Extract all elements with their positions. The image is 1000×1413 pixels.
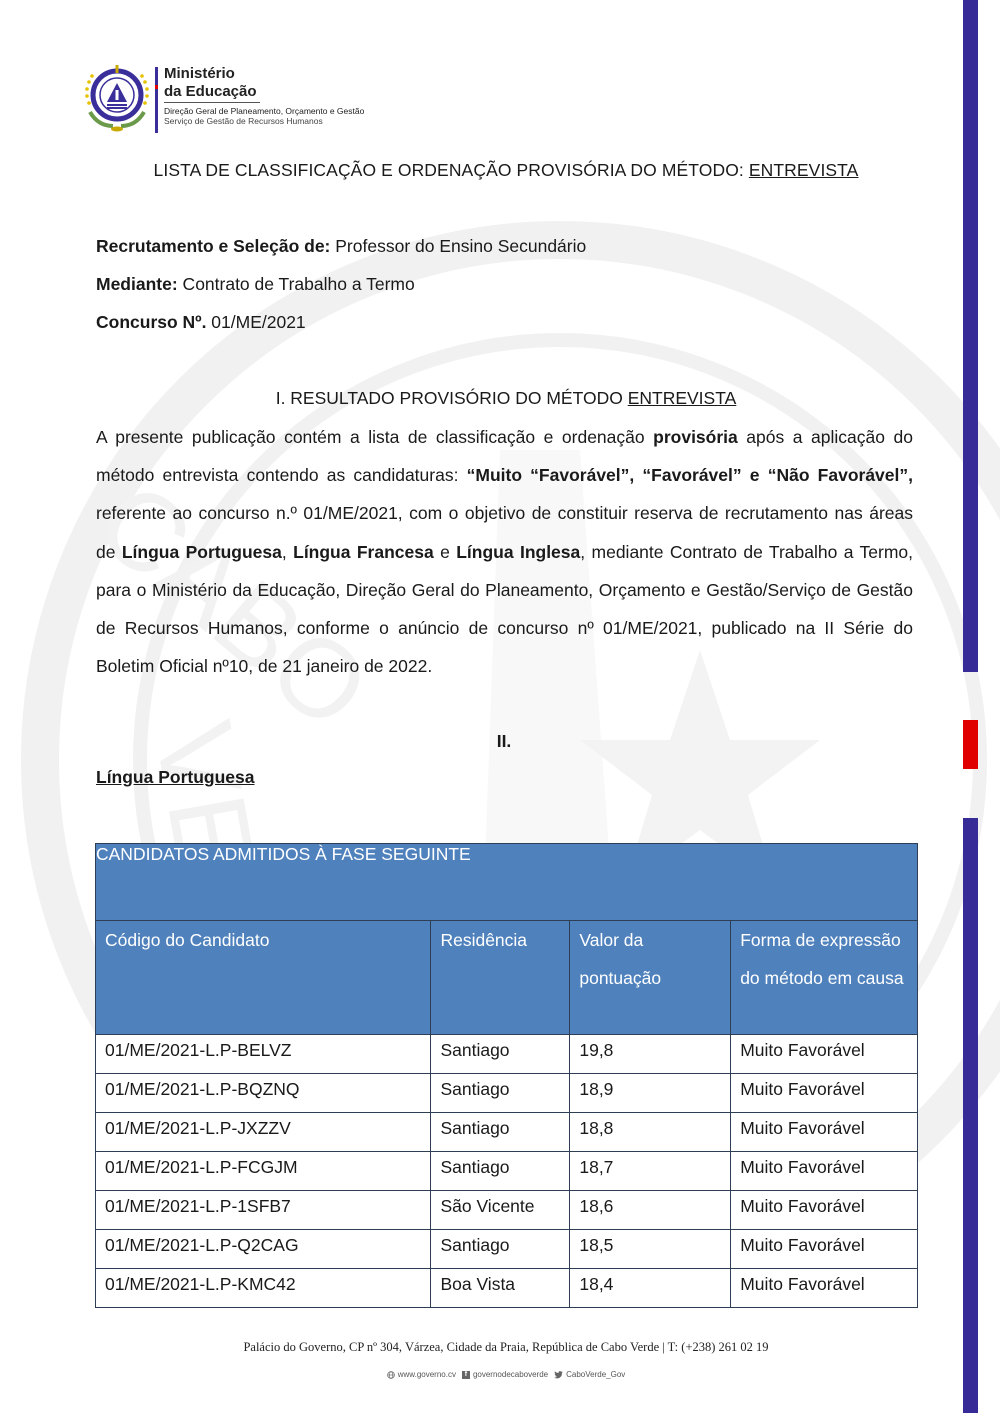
header-expression: Forma de expressão do método em causa — [731, 921, 918, 1035]
document-title: LISTA DE CLASSIFICAÇÃO E ORDENAÇÃO PROVI… — [0, 160, 1000, 181]
paragraph-bold: “Muito “Favorável”, “Favorável” e “Não F… — [467, 465, 913, 485]
document-title-method: ENTREVISTA — [749, 160, 859, 180]
cell-residence: Santiago — [431, 1230, 570, 1269]
social-website[interactable]: www.governo.cv — [387, 1370, 456, 1379]
cell-expression: Muito Favorável — [731, 1035, 918, 1074]
cell-score: 19,8 — [570, 1035, 731, 1074]
section-1-method: ENTREVISTA — [628, 388, 737, 408]
cell-expression: Muito Favorável — [731, 1230, 918, 1269]
twitter-icon — [554, 1371, 563, 1379]
cell-score: 18,9 — [570, 1074, 731, 1113]
table-row: 01/ME/2021-L.P-JXZZVSantiago18,8Muito Fa… — [96, 1113, 918, 1152]
cell-score: 18,6 — [570, 1191, 731, 1230]
table-row: 01/ME/2021-L.P-1SFB7São Vicente18,6Muito… — [96, 1191, 918, 1230]
social-twitter[interactable]: CaboVerde_Gov — [554, 1370, 625, 1379]
cell-residence: São Vicente — [431, 1191, 570, 1230]
cell-expression: Muito Favorável — [731, 1113, 918, 1152]
results-table: CANDIDATOS ADMITIDOS À FASE SEGUINTE Cód… — [95, 843, 918, 1308]
cell-expression: Muito Favorável — [731, 1269, 918, 1308]
paragraph-bold: Língua Inglesa — [456, 542, 580, 562]
table-row: 01/ME/2021-L.P-BELVZSantiago19,8Muito Fa… — [96, 1035, 918, 1074]
table-row: 01/ME/2021-L.P-Q2CAGSantiago18,5Muito Fa… — [96, 1230, 918, 1269]
logo-divider — [155, 67, 158, 133]
cell-residence: Santiago — [431, 1035, 570, 1074]
cell-score: 18,8 — [570, 1113, 731, 1152]
cell-candidate-code: 01/ME/2021-L.P-BELVZ — [96, 1035, 431, 1074]
section-1-prefix: I. RESULTADO PROVISÓRIO DO MÉTODO — [276, 388, 628, 408]
table-row: 01/ME/2021-L.P-FCGJMSantiago18,7Muito Fa… — [96, 1152, 918, 1191]
meta-value: Contrato de Trabalho a Termo — [178, 274, 415, 294]
cell-residence: Boa Vista — [431, 1269, 570, 1308]
meta-contest-number: Concurso Nº. 01/ME/2021 — [96, 312, 306, 333]
paragraph-bold: Língua Portuguesa — [122, 542, 282, 562]
cell-residence: Santiago — [431, 1152, 570, 1191]
ministry-logo: Ministério da Educação Direção Geral de … — [80, 62, 154, 136]
table-header-row: Código do Candidato Residência Valor da … — [96, 921, 918, 1035]
cell-score: 18,7 — [570, 1152, 731, 1191]
logo-divider-accent — [155, 85, 158, 89]
ministry-name-line2: da Educação — [164, 83, 364, 101]
cell-residence: Santiago — [431, 1113, 570, 1152]
logo-underline — [164, 102, 260, 103]
cell-residence: Santiago — [431, 1074, 570, 1113]
cell-score: 18,5 — [570, 1230, 731, 1269]
table-caption-row: CANDIDATOS ADMITIDOS À FASE SEGUINTE — [96, 844, 918, 921]
cell-candidate-code: 01/ME/2021-L.P-JXZZV — [96, 1113, 431, 1152]
paragraph-bold: provisória — [653, 427, 738, 447]
meta-label: Concurso Nº. — [96, 312, 206, 332]
meta-recruitment: Recrutamento e Seleção de: Professor do … — [96, 236, 586, 257]
meta-label: Recrutamento e Seleção de: — [96, 236, 330, 256]
meta-value: 01/ME/2021 — [206, 312, 305, 332]
section-1-title: I. RESULTADO PROVISÓRIO DO MÉTODO ENTREV… — [0, 388, 1000, 409]
globe-icon — [387, 1371, 395, 1379]
social-facebook[interactable]: f governodecaboverde — [462, 1370, 548, 1379]
header-candidate-code: Código do Candidato — [96, 921, 431, 1035]
section-2-title: II. — [0, 731, 1000, 752]
table-row: 01/ME/2021-L.P-KMC42Boa Vista18,4Muito F… — [96, 1269, 918, 1308]
intro-paragraph: A presente publicação contém a lista de … — [96, 418, 913, 685]
cell-candidate-code: 01/ME/2021-L.P-Q2CAG — [96, 1230, 431, 1269]
paragraph-text: A presente publicação contém a lista de … — [96, 427, 653, 447]
meta-label: Mediante: — [96, 274, 178, 294]
footer-social-links: www.governo.cv f governodecaboverde Cabo… — [0, 1370, 1000, 1379]
cell-expression: Muito Favorável — [731, 1074, 918, 1113]
table-caption: CANDIDATOS ADMITIDOS À FASE SEGUINTE — [96, 844, 918, 921]
website-link[interactable]: www.governo.cv — [398, 1370, 456, 1379]
logo-subtitle-service: Serviço de Gestão de Recursos Humanos — [164, 116, 364, 126]
logo-subtitle-directorate: Direção Geral de Planeamento, Orçamento … — [164, 106, 364, 116]
paragraph-text: e — [434, 542, 457, 562]
ministry-name-line1: Ministério — [164, 65, 364, 83]
header-score: Valor da pontuação — [570, 921, 731, 1035]
cell-expression: Muito Favorável — [731, 1191, 918, 1230]
cell-candidate-code: 01/ME/2021-L.P-FCGJM — [96, 1152, 431, 1191]
document-title-prefix: LISTA DE CLASSIFICAÇÃO E ORDENAÇÃO PROVI… — [154, 160, 749, 180]
footer-address: Palácio do Governo, CP nº 304, Várzea, C… — [0, 1340, 1000, 1355]
cell-expression: Muito Favorável — [731, 1152, 918, 1191]
header-residence: Residência — [431, 921, 570, 1035]
cell-candidate-code: 01/ME/2021-L.P-1SFB7 — [96, 1191, 431, 1230]
table-row: 01/ME/2021-L.P-BQZNQSantiago18,9Muito Fa… — [96, 1074, 918, 1113]
cell-candidate-code: 01/ME/2021-L.P-BQZNQ — [96, 1074, 431, 1113]
paragraph-bold: Língua Francesa — [293, 542, 434, 562]
facebook-link[interactable]: governodecaboverde — [473, 1370, 548, 1379]
meta-value: Professor do Ensino Secundário — [330, 236, 586, 256]
paragraph-text: , — [282, 542, 293, 562]
facebook-icon: f — [462, 1371, 470, 1379]
cell-candidate-code: 01/ME/2021-L.P-KMC42 — [96, 1269, 431, 1308]
twitter-link[interactable]: CaboVerde_Gov — [566, 1370, 625, 1379]
coat-of-arms-icon — [80, 62, 154, 136]
meta-contract: Mediante: Contrato de Trabalho a Termo — [96, 274, 415, 295]
subject-title: Língua Portuguesa — [96, 767, 254, 788]
cell-score: 18,4 — [570, 1269, 731, 1308]
